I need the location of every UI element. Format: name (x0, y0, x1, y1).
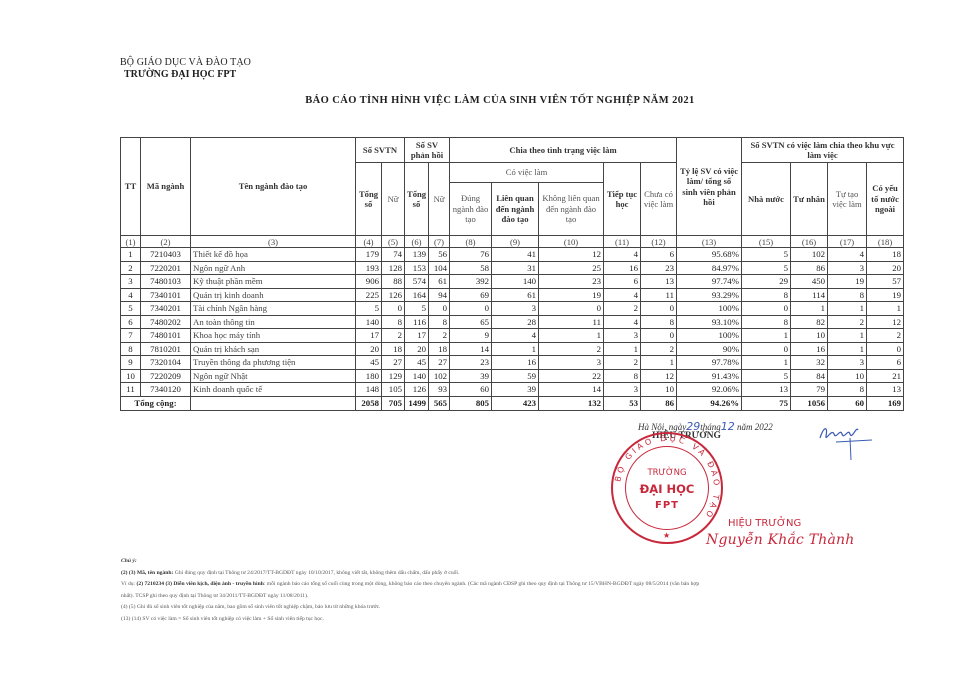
cell-c8: 76 (450, 248, 492, 262)
column-number: (17) (828, 236, 867, 248)
cell-c6: 45 (405, 356, 429, 370)
major-name: Quản trị khách sạn (191, 342, 356, 356)
cell-c10: 23 (539, 275, 604, 289)
cell-c15: 1 (742, 329, 791, 343)
cell-c13: 90% (677, 342, 742, 356)
total-c10: 132 (539, 396, 604, 410)
cell-c17: 8 (828, 288, 867, 302)
cell-c9: 61 (492, 288, 539, 302)
cell-c12: 0 (641, 329, 677, 343)
cell-c17: 4 (828, 248, 867, 262)
column-number: (5) (382, 236, 405, 248)
cell-c16: 114 (791, 288, 828, 302)
cell-c15: 0 (742, 342, 791, 356)
row-number: 8 (121, 342, 141, 356)
cell-c9: 59 (492, 369, 539, 383)
cell-c15: 8 (742, 315, 791, 329)
cell-c5: 2 (382, 329, 405, 343)
major-name: An toàn thông tin (191, 315, 356, 329)
cell-c6: 5 (405, 302, 429, 316)
cell-c7: 2 (429, 329, 450, 343)
cell-c10: 12 (539, 248, 604, 262)
cell-c11: 1 (604, 342, 641, 356)
cell-c16: 86 (791, 261, 828, 275)
header-rate: Tỷ lệ SV có việc làm/ tổng số sinh viên … (677, 138, 742, 236)
major-name: Ngôn ngữ Anh (191, 261, 356, 275)
total-c12: 86 (641, 396, 677, 410)
column-number: (3) (191, 236, 356, 248)
row-number: 6 (121, 315, 141, 329)
cell-c15: 5 (742, 369, 791, 383)
table-body: 17210403Thiết kế đồ họa17974139567641124… (121, 248, 904, 397)
column-number: (13) (677, 236, 742, 248)
cell-c17: 1 (828, 342, 867, 356)
cell-c10: 2 (539, 342, 604, 356)
cell-c4: 179 (356, 248, 382, 262)
cell-c13: 92.06% (677, 383, 742, 397)
major-name: Truyền thông đa phương tiện (191, 356, 356, 370)
cell-c5: 27 (382, 356, 405, 370)
cell-c12: 6 (641, 248, 677, 262)
cell-c5: 105 (382, 383, 405, 397)
row-number: 11 (121, 383, 141, 397)
note-line-4: (4) (5) Ghi đủ số sinh viên tốt nghiệp c… (121, 602, 911, 614)
total-c6: 1499 (405, 396, 429, 410)
column-number: (10) (539, 236, 604, 248)
cell-c12: 12 (641, 369, 677, 383)
cell-c12: 23 (641, 261, 677, 275)
cell-c18: 1 (867, 302, 904, 316)
cell-c10: 19 (539, 288, 604, 302)
note-line-3: nhất). TCSP ghi theo quy định tại Thông … (121, 591, 911, 603)
header-state: Nhà nước (742, 163, 791, 236)
cell-c6: 126 (405, 383, 429, 397)
cell-c15: 5 (742, 248, 791, 262)
cell-c12: 1 (641, 356, 677, 370)
cell-c8: 39 (450, 369, 492, 383)
cell-c10: 0 (539, 302, 604, 316)
cell-c5: 128 (382, 261, 405, 275)
column-number: (1) (121, 236, 141, 248)
row-number: 7 (121, 329, 141, 343)
cell-c11: 2 (604, 302, 641, 316)
cell-c17: 19 (828, 275, 867, 289)
major-name: Khoa học máy tính (191, 329, 356, 343)
table-row: 97320104Truyền thông đa phương tiện45274… (121, 356, 904, 370)
total-c17: 60 (828, 396, 867, 410)
cell-c11: 8 (604, 369, 641, 383)
stamp-line-2: ĐẠI HỌC (611, 482, 723, 496)
cell-c17: 3 (828, 261, 867, 275)
header-responses: Số SV phản hồi (405, 138, 450, 163)
total-label: Tổng cộng: (121, 396, 191, 410)
header-total: Tổng số (356, 163, 382, 236)
total-c13: 94.26% (677, 396, 742, 410)
row-number: 2 (121, 261, 141, 275)
major-code: 7340120 (141, 383, 191, 397)
ministry-name: BỘ GIÁO DỤC VÀ ĐÀO TẠO (120, 57, 251, 69)
major-name: Quản trị kinh doanh (191, 288, 356, 302)
cell-c16: 84 (791, 369, 828, 383)
cell-c11: 2 (604, 356, 641, 370)
column-number: (7) (429, 236, 450, 248)
cell-c5: 8 (382, 315, 405, 329)
cell-c15: 8 (742, 288, 791, 302)
table-row: 27220201Ngôn ngữ Anh19312815310458312516… (121, 261, 904, 275)
notes-heading: Chú ý: (121, 556, 911, 568)
table-row: 117340120Kinh doanh quốc tế1481051269360… (121, 383, 904, 397)
column-number: (11) (604, 236, 641, 248)
header-private: Tư nhân (791, 163, 828, 236)
cell-c15: 1 (742, 356, 791, 370)
cell-c4: 5 (356, 302, 382, 316)
major-name: Thiết kế đồ họa (191, 248, 356, 262)
header-total2: Tổng số (405, 163, 429, 236)
header-by-status: Chia theo tình trạng việc làm (450, 138, 677, 163)
cell-c8: 65 (450, 315, 492, 329)
total-c15: 75 (742, 396, 791, 410)
official-stamp: BỘ GIÁO DỤC VÀ ĐÀO TẠO ★ TRƯỜNG ĐẠI HỌC … (611, 432, 723, 544)
cell-c18: 20 (867, 261, 904, 275)
cell-c7: 0 (429, 302, 450, 316)
cell-c16: 10 (791, 329, 828, 343)
row-number: 9 (121, 356, 141, 370)
cell-c8: 9 (450, 329, 492, 343)
cell-c10: 22 (539, 369, 604, 383)
cell-c9: 140 (492, 275, 539, 289)
cell-c13: 100% (677, 329, 742, 343)
header-right-field: Đúng ngành đào tạo (450, 183, 492, 236)
column-number: (2) (141, 236, 191, 248)
total-c11: 53 (604, 396, 641, 410)
column-number: (4) (356, 236, 382, 248)
header-unrelated-field: Không liên quan đến ngành đào tạo (539, 183, 604, 236)
cell-c17: 10 (828, 369, 867, 383)
header-female2: Nữ (429, 163, 450, 236)
cell-c9: 1 (492, 342, 539, 356)
major-name: Ngôn ngữ Nhật (191, 369, 356, 383)
cell-c15: 29 (742, 275, 791, 289)
note-line-1: (2) (3) Mã, tên ngành: Ghi đúng quy định… (121, 568, 911, 580)
cell-c5: 126 (382, 288, 405, 302)
cell-c16: 79 (791, 383, 828, 397)
header-name: Tên ngành đào tạo (191, 138, 356, 236)
cell-c6: 164 (405, 288, 429, 302)
column-number: (16) (791, 236, 828, 248)
cell-c7: 8 (429, 315, 450, 329)
cell-c9: 31 (492, 261, 539, 275)
major-code: 7480103 (141, 275, 191, 289)
cell-c10: 14 (539, 383, 604, 397)
cell-c5: 88 (382, 275, 405, 289)
total-c9: 423 (492, 396, 539, 410)
organization-header: BỘ GIÁO DỤC VÀ ĐÀO TẠO TRƯỜNG ĐẠI HỌC FP… (120, 57, 251, 81)
cell-c10: 3 (539, 356, 604, 370)
cell-c13: 84.97% (677, 261, 742, 275)
cell-c6: 574 (405, 275, 429, 289)
cell-c9: 4 (492, 329, 539, 343)
row-number: 5 (121, 302, 141, 316)
column-number: (18) (867, 236, 904, 248)
cell-c9: 41 (492, 248, 539, 262)
cell-c7: 93 (429, 383, 450, 397)
total-c5: 705 (382, 396, 405, 410)
cell-c12: 0 (641, 302, 677, 316)
major-code: 7220201 (141, 261, 191, 275)
cell-c6: 20 (405, 342, 429, 356)
cell-c11: 3 (604, 383, 641, 397)
svg-text:★: ★ (663, 531, 670, 540)
cell-c5: 129 (382, 369, 405, 383)
note-line-5: (13) (14) SV có việc làm = Số sinh viên … (121, 614, 911, 626)
cell-c5: 18 (382, 342, 405, 356)
table-row: 77480101Khoa học máy tính17217294130100%… (121, 329, 904, 343)
column-number: (12) (641, 236, 677, 248)
total-c18: 169 (867, 396, 904, 410)
header-unemployed: Chưa có việc làm (641, 163, 677, 236)
notes-section: Chú ý: (2) (3) Mã, tên ngành: Ghi đúng q… (121, 556, 911, 625)
table-row: 87810201Quản trị khách sạn20182018141212… (121, 342, 904, 356)
table-row: 107220209Ngôn ngữ Nhật180129140102395922… (121, 369, 904, 383)
cell-c8: 14 (450, 342, 492, 356)
cell-c18: 2 (867, 329, 904, 343)
table-row: 47340101Quản trị kinh doanh2251261649469… (121, 288, 904, 302)
cell-c8: 69 (450, 288, 492, 302)
cell-c8: 60 (450, 383, 492, 397)
cell-c8: 0 (450, 302, 492, 316)
cell-c11: 3 (604, 329, 641, 343)
date-year: năm 2022 (737, 422, 773, 432)
cell-c18: 57 (867, 275, 904, 289)
header-female: Nữ (382, 163, 405, 236)
stamp-line-1: TRƯỜNG (611, 468, 723, 478)
cell-c9: 3 (492, 302, 539, 316)
major-code: 7480202 (141, 315, 191, 329)
handwritten-signature-icon (816, 420, 886, 460)
cell-c7: 94 (429, 288, 450, 302)
cell-c11: 16 (604, 261, 641, 275)
major-code: 7810201 (141, 342, 191, 356)
cell-c4: 180 (356, 369, 382, 383)
cell-c16: 1 (791, 302, 828, 316)
cell-c4: 225 (356, 288, 382, 302)
header-code: Mã ngành (141, 138, 191, 236)
header-graduates: Số SVTN (356, 138, 405, 163)
cell-c16: 102 (791, 248, 828, 262)
cell-c4: 17 (356, 329, 382, 343)
cell-c18: 12 (867, 315, 904, 329)
cell-c16: 82 (791, 315, 828, 329)
column-number-row: (1)(2)(3)(4)(5)(6)(7)(8)(9)(10)(11)(12)(… (121, 236, 904, 248)
table-row: 37480103Kỹ thuật phần mềm906885746139214… (121, 275, 904, 289)
cell-c6: 17 (405, 329, 429, 343)
cell-c4: 193 (356, 261, 382, 275)
column-number: (6) (405, 236, 429, 248)
column-number: (8) (450, 236, 492, 248)
table-row: 57340201Tài chính Ngân hàng505003020100%… (121, 302, 904, 316)
cell-c18: 21 (867, 369, 904, 383)
cell-c10: 25 (539, 261, 604, 275)
cell-c16: 32 (791, 356, 828, 370)
note-line-2: Ví dụ: (2) 7210234 (3) Diễn viên kịch, đ… (121, 579, 911, 591)
cell-c13: 93.10% (677, 315, 742, 329)
cell-c15: 5 (742, 261, 791, 275)
major-code: 7340101 (141, 288, 191, 302)
cell-c4: 45 (356, 356, 382, 370)
school-name: TRƯỜNG ĐẠI HỌC FPT (120, 69, 251, 81)
major-code: 7210403 (141, 248, 191, 262)
row-number: 3 (121, 275, 141, 289)
header-related-field: Liên quan đến ngành đào tạo (492, 183, 539, 236)
cell-c4: 20 (356, 342, 382, 356)
stamp-line-3: FPT (611, 500, 723, 511)
header-employed: Có việc làm (450, 163, 604, 183)
cell-c9: 28 (492, 315, 539, 329)
cell-c17: 3 (828, 356, 867, 370)
header-further-study: Tiếp tục học (604, 163, 641, 236)
cell-c17: 1 (828, 302, 867, 316)
header-foreign: Có yếu tố nước ngoài (867, 163, 904, 236)
cell-c7: 61 (429, 275, 450, 289)
employment-report-table: TT Mã ngành Tên ngành đào tạo Số SVTN Số… (120, 137, 904, 411)
cell-c8: 23 (450, 356, 492, 370)
report-title: BÁO CÁO TÌNH HÌNH VIỆC LÀM CỦA SINH VIÊN… (0, 95, 960, 106)
cell-c8: 392 (450, 275, 492, 289)
cell-c5: 74 (382, 248, 405, 262)
cell-c10: 11 (539, 315, 604, 329)
cell-c17: 8 (828, 383, 867, 397)
cell-c8: 58 (450, 261, 492, 275)
cell-c12: 2 (641, 342, 677, 356)
cell-c12: 13 (641, 275, 677, 289)
major-name: Tài chính Ngân hàng (191, 302, 356, 316)
cell-c18: 13 (867, 383, 904, 397)
total-c7: 565 (429, 396, 450, 410)
cell-c6: 116 (405, 315, 429, 329)
total-name-cell (191, 396, 356, 410)
column-number: (9) (492, 236, 539, 248)
cell-c18: 18 (867, 248, 904, 262)
cell-c11: 6 (604, 275, 641, 289)
cell-c7: 104 (429, 261, 450, 275)
cell-c15: 0 (742, 302, 791, 316)
row-number: 4 (121, 288, 141, 302)
cell-c6: 153 (405, 261, 429, 275)
cell-c13: 93.29% (677, 288, 742, 302)
cell-c5: 0 (382, 302, 405, 316)
major-code: 7320104 (141, 356, 191, 370)
cell-c7: 18 (429, 342, 450, 356)
row-number: 1 (121, 248, 141, 262)
cell-c18: 6 (867, 356, 904, 370)
cell-c18: 19 (867, 288, 904, 302)
row-number: 10 (121, 369, 141, 383)
cell-c18: 0 (867, 342, 904, 356)
cell-c9: 39 (492, 383, 539, 397)
header-tt: TT (121, 138, 141, 236)
cell-c12: 11 (641, 288, 677, 302)
cell-c6: 139 (405, 248, 429, 262)
cell-c11: 4 (604, 288, 641, 302)
cell-c13: 97.78% (677, 356, 742, 370)
total-c8: 805 (450, 396, 492, 410)
cell-c6: 140 (405, 369, 429, 383)
cell-c13: 97.74% (677, 275, 742, 289)
cell-c7: 56 (429, 248, 450, 262)
major-name: Kỹ thuật phần mềm (191, 275, 356, 289)
signatory-name: Nguyễn Khắc Thành (706, 532, 854, 548)
major-code: 7220209 (141, 369, 191, 383)
cell-c17: 1 (828, 329, 867, 343)
signatory-position: HIỆU TRƯỞNG (728, 518, 801, 529)
header-self-employed: Tự tạo việc làm (828, 163, 867, 236)
major-code: 7340201 (141, 302, 191, 316)
table-row: 17210403Thiết kế đồ họa17974139567641124… (121, 248, 904, 262)
cell-c11: 4 (604, 315, 641, 329)
cell-c16: 450 (791, 275, 828, 289)
cell-c13: 91.43% (677, 369, 742, 383)
cell-c4: 148 (356, 383, 382, 397)
cell-c17: 2 (828, 315, 867, 329)
cell-c7: 27 (429, 356, 450, 370)
cell-c11: 4 (604, 248, 641, 262)
cell-c12: 8 (641, 315, 677, 329)
column-number: (15) (742, 236, 791, 248)
table-row: 67480202An toàn thông tin140811686528114… (121, 315, 904, 329)
cell-c9: 16 (492, 356, 539, 370)
major-code: 7480101 (141, 329, 191, 343)
cell-c15: 13 (742, 383, 791, 397)
total-c16: 1056 (791, 396, 828, 410)
cell-c13: 95.68% (677, 248, 742, 262)
cell-c7: 102 (429, 369, 450, 383)
total-row: Tổng cộng: 2058 705 1499 565 805 423 132… (121, 396, 904, 410)
cell-c12: 10 (641, 383, 677, 397)
header-by-sector: Số SVTN có việc làm chia theo khu vực là… (742, 138, 904, 163)
cell-c4: 906 (356, 275, 382, 289)
major-name: Kinh doanh quốc tế (191, 383, 356, 397)
total-c4: 2058 (356, 396, 382, 410)
cell-c16: 16 (791, 342, 828, 356)
cell-c13: 100% (677, 302, 742, 316)
cell-c10: 1 (539, 329, 604, 343)
cell-c4: 140 (356, 315, 382, 329)
